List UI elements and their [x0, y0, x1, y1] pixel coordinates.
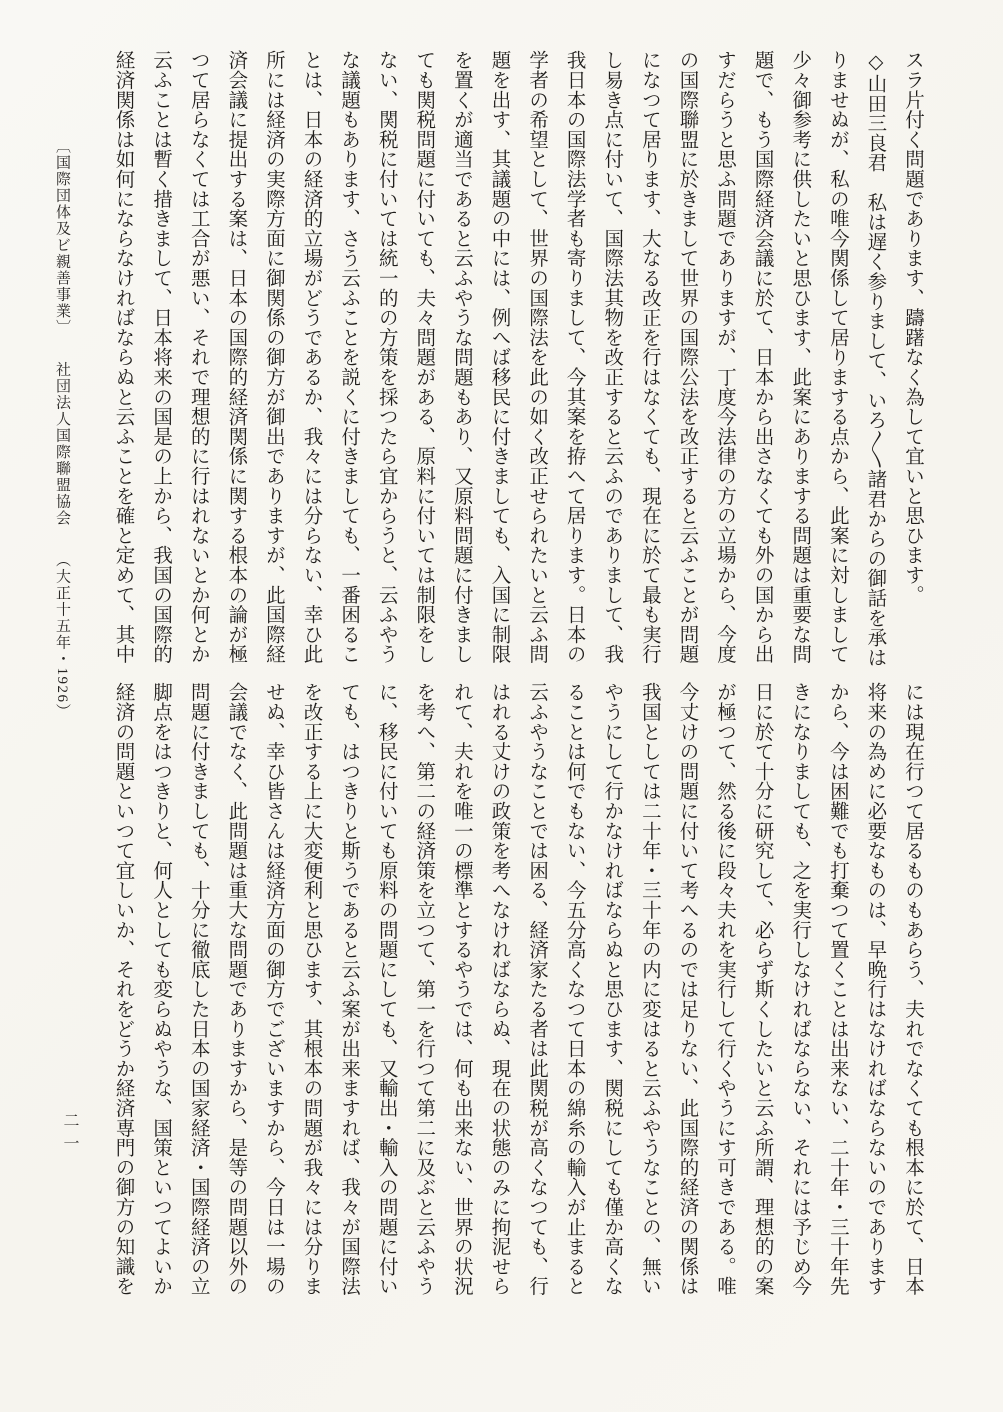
page-number: 二一 [58, 1112, 81, 1158]
text-column: 日に於て十分に研究して、必らず斯くしたいと云ふ所謂、理想的の案 [743, 682, 781, 1316]
top-text-block: スラ片付く問題であります、躊躇なく為して宜いと思ひます。 ◇山田三良君 私は遅く… [104, 50, 931, 670]
text-column: 会議でなく、此問題は重大な問題でありますから、是等の問題以外の [217, 682, 255, 1316]
text-column: やうにして行かなければならぬと思ひます、関税にしても僅か高くな [593, 682, 631, 1316]
text-column: 所には経済の実際方面に御関係の御方が御出でありますが、此国際経 [254, 50, 292, 670]
text-column: 我日本の国際法学者も寄りまして、今其案を拵へて居ります。日本の [555, 50, 593, 670]
text-column: 我国としては二十年・三十年の内に変はると云ふやうなことの、無い [630, 682, 668, 1316]
text-column: 将来の為めに必要なものは、早晩行はなければならないのであります [856, 682, 894, 1316]
text-column: ることは何でもない、今五分高くなつて日本の綿糸の輸入が止まると [555, 682, 593, 1316]
text-column: はれる丈けの政策を考へなければならぬ、現在の状態のみに拘泥せら [480, 682, 518, 1316]
text-column: には現在行つて居るものもあらう、夫れでなくても根本に於て、日本 [893, 682, 931, 1316]
text-column: 経済の問題といつて宜しいか、それをどうか経済専門の御方の知識を [104, 682, 142, 1316]
text-column: 題で、もう国際経済会議に於て、日本から出さなくても外の国から出 [743, 50, 781, 670]
text-column: が極つて、然る後に段々夫れを実行して行くやうにす可きである。唯 [705, 682, 743, 1316]
text-column: 済会議に提出する案は、日本の国際的経済関係に関する根本の論が極 [217, 50, 255, 670]
text-column-speaker: ◇山田三良君 私は遅く参りまして、いろ〱諸君からの御話を承は [856, 50, 894, 670]
text-column: れて、夫れを唯一の標準とするやうでは、何も出来ない、世界の状況 [442, 682, 480, 1316]
text-column: すだらうと思ふ問題でありますが、丁度今法律の方の立場から、今度 [705, 50, 743, 670]
text-column: 経済関係は如何にならなければならぬと云ふことを確と定めて、其中 [104, 50, 142, 670]
text-column: を考へ、第二の経済策を立つて、第一を行つて第二に及ぶと云ふやう [405, 682, 443, 1316]
text-column: 今丈けの問題に付いて考へるのでは足りない、此国際的経済の関係は [668, 682, 706, 1316]
text-column: な議題もあります、さう云ふことを説くに付きましても、一番困るこ [330, 50, 368, 670]
text-column: ない、関税に付いては統一的の方策を採つたら宜からうと、云ふやう [367, 50, 405, 670]
text-column: を改正する上に大変便利と思ひます、其根本の問題が我々には分りま [292, 682, 330, 1316]
text-column: 問題に付きましても、十分に徹底した日本の国家経済・国際経済の立 [179, 682, 217, 1316]
text-column: から、今は困難でも打棄つて置くことは出来ない、二十年・三十年先 [818, 682, 856, 1316]
text-column: 云ふやうなことでは困る、経済家たる者は此関税が高くなつても、行 [517, 682, 555, 1316]
text-column: ても、はつきりと斯うであると云ふ案が出来ますれば、我々が国際法 [330, 682, 368, 1316]
text-column: ても関税問題に付いても、夫々問題がある、原料に付いては制限をし [405, 50, 443, 670]
text-column: せぬ、幸ひ皆さんは経済方面の御方でございますから、今日は一場の [254, 682, 292, 1316]
text-column: 学者の希望として、世界の国際法を此の如く改正せられたいと云ふ問 [517, 50, 555, 670]
text-column: 題を出す、其議題の中には、例へば移民に付きましても、入国に制限 [480, 50, 518, 670]
text-column: りませぬが、私の唯今関係して居りまする点から、此案に対しまして [818, 50, 856, 670]
text-column: 脚点をはつきりと、何人としても変らぬやうな、国策といつてよいか [142, 682, 180, 1316]
text-column: とは、日本の経済的立場がどうであるか、我々には分らない、幸ひ此 [292, 50, 330, 670]
text-column: 云ふことは暫く措きまして、日本将来の国是の上から、我国の国際的 [142, 50, 180, 670]
text-column: つて居らなくては工合が悪い、それで理想的に行はれないとか何とか [179, 50, 217, 670]
text-column: の国際聯盟に於きまして世界の国際公法を改正すると云ふことが問題 [668, 50, 706, 670]
text-column: になつて居ります、大なる改正を行はなくても、現在に於て最も実行 [630, 50, 668, 670]
text-column: を置くが適当であると云ふやうな問題もあり、又原料問題に付きまし [442, 50, 480, 670]
source-caption: 〔国際団体及ビ親善事業〕 社団法人国際聯盟協会 （大正十五年・1926） [50, 138, 74, 670]
text-column: し易き点に付いて、国際法其物を改正すると云ふのでありまして、我 [593, 50, 631, 670]
bottom-text-block: には現在行つて居るものもあらう、夫れでなくても根本に於て、日本 将来の為めに必要… [104, 682, 931, 1316]
text-column: スラ片付く問題であります、躊躇なく為して宜いと思ひます。 [893, 50, 931, 670]
text-column: きになりましても、之を実行しなければならない、それには予じめ今 [781, 682, 819, 1316]
text-column: 少々御参考に供したいと思ひます、此案にありまする問題は重要な問 [781, 50, 819, 670]
text-column: に、移民に付いても原料の問題にしても、又輸出・輸入の問題に付い [367, 682, 405, 1316]
